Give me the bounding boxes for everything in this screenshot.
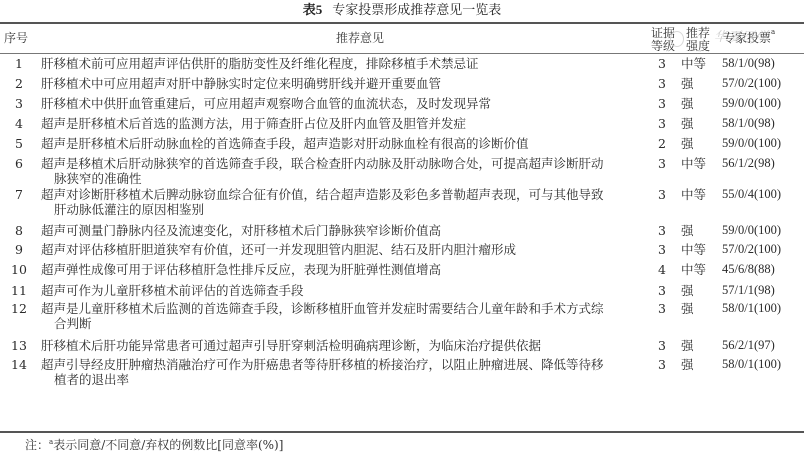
recommendation-strength: 强 [681, 96, 717, 111]
row-number: 7 [0, 187, 38, 202]
recommendation-line1: 超声是肝移植术后首选的监测方法，用于筛查肝占位及肝内血管及胆管并发症 [41, 116, 466, 131]
row-number: 5 [0, 136, 38, 151]
table-row: 11超声可作为儿童肝移植术前评估的首选筛查手段3强57/1/1(98) [0, 283, 804, 301]
recommendation-strength: 强 [681, 338, 717, 353]
recommendation-strength: 中等 [681, 156, 717, 171]
recommendation-line1: 超声对评估移植肝胆道狭窄有价值，还可一并发现胆管内胆泥、结石及肝内胆汁瘤形成 [41, 242, 516, 257]
recommendation-text: 肝移植术中供肝血管重建后，可应用超声观察吻合血管的血流状态，及时发现异常 [41, 96, 631, 111]
recommendation-line1: 超声可测量门静脉内径及流速变化，对肝移植术后门静脉狭窄诊断价值高 [41, 223, 441, 238]
recommendation-strength: 强 [681, 283, 717, 298]
recommendation-line1: 超声对诊断肝移植术后脾动脉窃血综合征有价值，结合超声造影及彩色多普勒超声表现，可… [41, 187, 604, 202]
footnote-prefix: 注： [25, 438, 49, 452]
bottom-rule [0, 431, 804, 433]
recommendation-line1: 肝移植术前可应用超声评估供肝的脂肪变性及纤维化程度，排除移植手术禁忌证 [41, 56, 479, 71]
expert-votes: 59/0/0(100) [722, 136, 804, 151]
evidence-grade: 3 [652, 338, 672, 353]
recommendation-text: 超声可作为儿童肝移植术前评估的首选筛查手段 [41, 283, 631, 298]
row-number: 8 [0, 223, 38, 238]
recommendation-text: 肝移植术中可应用超声对肝中静脉实时定位来明确劈肝线并避开重要血管 [41, 76, 631, 91]
expert-votes: 56/2/1(97) [722, 338, 804, 353]
table-row: 2肝移植术中可应用超声对肝中静脉实时定位来明确劈肝线并避开重要血管3强57/0/… [0, 76, 804, 96]
recommendation-strength: 强 [681, 301, 717, 316]
recommendation-strength: 强 [681, 76, 717, 91]
expert-votes: 59/0/0(100) [722, 223, 804, 238]
recommendation-line2: 肝动脉低灌注的原因相鉴别 [41, 202, 631, 217]
header-strength: 推荐 强度 [683, 27, 713, 56]
recommendation-line1: 超声是移植术后肝动脉狭窄的首选筛查手段，联合检查肝内动脉及肝动脉吻合处，可提高超… [41, 156, 604, 171]
header-votes-footnote-mark: a [771, 28, 775, 36]
recommendation-strength: 强 [681, 116, 717, 131]
header-recommendation: 推荐意见 [290, 24, 430, 53]
recommendation-strength: 中等 [681, 187, 717, 202]
table-row: 1肝移植术前可应用超声评估供肝的脂肪变性及纤维化程度，排除移植手术禁忌证3中等5… [0, 56, 804, 76]
recommendation-line1: 超声可作为儿童肝移植术前评估的首选筛查手段 [41, 283, 304, 298]
evidence-grade: 3 [652, 357, 672, 372]
table-row: 4超声是肝移植术后首选的监测方法，用于筛查肝占位及肝内血管及胆管并发症3强58/… [0, 116, 804, 136]
expert-votes: 58/1/0(98) [722, 56, 804, 71]
evidence-grade: 3 [652, 187, 672, 202]
expert-votes: 58/0/1(100) [722, 357, 804, 372]
row-number: 9 [0, 242, 38, 257]
table-row: 3肝移植术中供肝血管重建后，可应用超声观察吻合血管的血流状态，及时发现异常3强5… [0, 96, 804, 116]
row-number: 3 [0, 96, 38, 111]
evidence-grade: 3 [652, 76, 672, 91]
recommendation-strength: 强 [681, 223, 717, 238]
evidence-grade: 3 [652, 301, 672, 316]
row-number: 4 [0, 116, 38, 131]
evidence-grade: 2 [652, 136, 672, 151]
recommendation-text: 超声是儿童肝移植术后监测的首选筛查手段，诊断移植肝血管并发症时需要结合儿童年龄和… [41, 301, 631, 331]
evidence-grade: 3 [652, 242, 672, 257]
header-votes-label: 专家投票 [723, 31, 771, 45]
recommendation-text: 超声引导经皮肝肿瘤热消融治疗可作为肝癌患者等待肝移植的桥接治疗，以阻止肿瘤进展、… [41, 357, 631, 387]
expert-votes: 59/0/0(100) [722, 96, 804, 111]
table-row: 12超声是儿童肝移植术后监测的首选筛查手段，诊断移植肝血管并发症时需要结合儿童年… [0, 301, 804, 338]
recommendation-line1: 超声是肝移植术后肝动脉血栓的首选筛查手段，超声造影对肝动脉血栓有很高的诊断价值 [41, 136, 529, 151]
recommendation-text: 超声是肝移植术后肝动脉血栓的首选筛查手段，超声造影对肝动脉血栓有很高的诊断价值 [41, 136, 631, 151]
table-number: 表5 [303, 2, 323, 17]
expert-votes: 56/1/2(98) [722, 156, 804, 171]
evidence-grade: 3 [652, 56, 672, 71]
recommendation-line1: 超声引导经皮肝肿瘤热消融治疗可作为肝癌患者等待肝移植的桥接治疗，以阻止肿瘤进展、… [41, 357, 604, 372]
evidence-grade: 4 [652, 262, 672, 277]
recommendation-text: 超声可测量门静脉内径及流速变化，对肝移植术后门静脉狭窄诊断价值高 [41, 223, 631, 238]
expert-votes: 45/6/8(88) [722, 262, 804, 277]
expert-votes: 58/0/1(100) [722, 301, 804, 316]
evidence-grade: 3 [652, 223, 672, 238]
recommendation-line2: 合判断 [41, 316, 631, 331]
recommendation-strength: 中等 [681, 242, 717, 257]
recommendation-strength: 中等 [681, 262, 717, 277]
row-number: 11 [0, 283, 38, 298]
recommendation-text: 肝移植术前可应用超声评估供肝的脂肪变性及纤维化程度，排除移植手术禁忌证 [41, 56, 631, 71]
recommendation-line1: 肝移植术后肝功能异常患者可通过超声引导肝穿刺活检明确病理诊断，为临床治疗提供依据 [41, 338, 541, 353]
recommendation-strength: 中等 [681, 56, 717, 71]
evidence-grade: 3 [652, 116, 672, 131]
recommendation-text: 肝移植术后肝功能异常患者可通过超声引导肝穿刺活检明确病理诊断，为临床治疗提供依据 [41, 338, 631, 353]
recommendation-text: 超声对诊断肝移植术后脾动脉窃血综合征有价值，结合超声造影及彩色多普勒超声表现，可… [41, 187, 631, 217]
table-footnote: 注：a表示同意/不同意/弃权的例数比[同意率(%)] [25, 436, 283, 453]
recommendation-strength: 强 [681, 357, 717, 372]
table-title: 专家投票形成推荐意见一览表 [332, 3, 501, 18]
row-number: 12 [0, 301, 38, 316]
evidence-grade: 3 [652, 283, 672, 298]
recommendation-line1: 超声是儿童肝移植术后监测的首选筛查手段，诊断移植肝血管并发症时需要结合儿童年龄和… [41, 301, 604, 316]
table-row: 13肝移植术后肝功能异常患者可通过超声引导肝穿刺活检明确病理诊断，为临床治疗提供… [0, 338, 804, 357]
recommendation-line1: 肝移植术中可应用超声对肝中静脉实时定位来明确劈肝线并避开重要血管 [41, 76, 441, 91]
table-row: 14超声引导经皮肝肿瘤热消融治疗可作为肝癌患者等待肝移植的桥接治疗，以阻止肿瘤进… [0, 357, 804, 392]
header-rule [0, 53, 804, 54]
expert-votes: 57/0/2(100) [722, 76, 804, 91]
row-number: 14 [0, 357, 38, 372]
recommendation-line1: 肝移植术中供肝血管重建后，可应用超声观察吻合血管的血流状态，及时发现异常 [41, 96, 491, 111]
recommendation-strength: 强 [681, 136, 717, 151]
recommendation-line2: 脉狭窄的准确性 [41, 171, 631, 186]
recommendation-line2: 植者的退出率 [41, 372, 631, 387]
table-row: 6超声是移植术后肝动脉狭窄的首选筛查手段，联合检查肝内动脉及肝动脉吻合处，可提高… [0, 156, 804, 187]
table-row: 10超声弹性成像可用于评估移植肝急性排斥反应，表现为肝脏弹性测值增高4中等45/… [0, 262, 804, 283]
evidence-grade: 3 [652, 96, 672, 111]
evidence-grade: 3 [652, 156, 672, 171]
recommendation-text: 超声对评估移植肝胆道狭窄有价值，还可一并发现胆管内胆泥、结石及肝内胆汁瘤形成 [41, 242, 631, 257]
expert-votes: 57/1/1(98) [722, 283, 804, 298]
footnote-text: 表示同意/不同意/弃权的例数比[同意率(%)] [53, 438, 283, 452]
table-row: 9超声对评估移植肝胆道狭窄有价值，还可一并发现胆管内胆泥、结石及肝内胆汁瘤形成3… [0, 242, 804, 262]
expert-votes: 57/0/2(100) [722, 242, 804, 257]
header-votes: 专家投票a [723, 24, 775, 53]
watermark-seal-icon [670, 31, 684, 47]
row-number: 13 [0, 338, 38, 353]
table-row: 5超声是肝移植术后肝动脉血栓的首选筛查手段，超声造影对肝动脉血栓有很高的诊断价值… [0, 136, 804, 156]
recommendation-line1: 超声弹性成像可用于评估移植肝急性排斥反应，表现为肝脏弹性测值增高 [41, 262, 441, 277]
row-number: 1 [0, 56, 38, 71]
row-number: 10 [0, 262, 38, 277]
header-strength-line2: 强度 [683, 40, 713, 53]
table-caption: 表5专家投票形成推荐意见一览表 [0, 0, 804, 20]
expert-votes: 58/1/0(98) [722, 116, 804, 131]
row-number: 2 [0, 76, 38, 91]
table-row: 7超声对诊断肝移植术后脾动脉窃血综合征有价值，结合超声造影及彩色多普勒超声表现，… [0, 187, 804, 223]
row-number: 6 [0, 156, 38, 171]
recommendation-text: 超声是移植术后肝动脉狭窄的首选筛查手段，联合检查肝内动脉及肝动脉吻合处，可提高超… [41, 156, 631, 186]
header-seq: 序号 [4, 24, 28, 53]
expert-votes: 55/0/4(100) [722, 187, 804, 202]
recommendation-text: 超声是肝移植术后首选的监测方法，用于筛查肝占位及肝内血管及胆管并发症 [41, 116, 631, 131]
recommendation-text: 超声弹性成像可用于评估移植肝急性排斥反应，表现为肝脏弹性测值增高 [41, 262, 631, 277]
table-row: 8超声可测量门静脉内径及流速变化，对肝移植术后门静脉狭窄诊断价值高3强59/0/… [0, 223, 804, 242]
